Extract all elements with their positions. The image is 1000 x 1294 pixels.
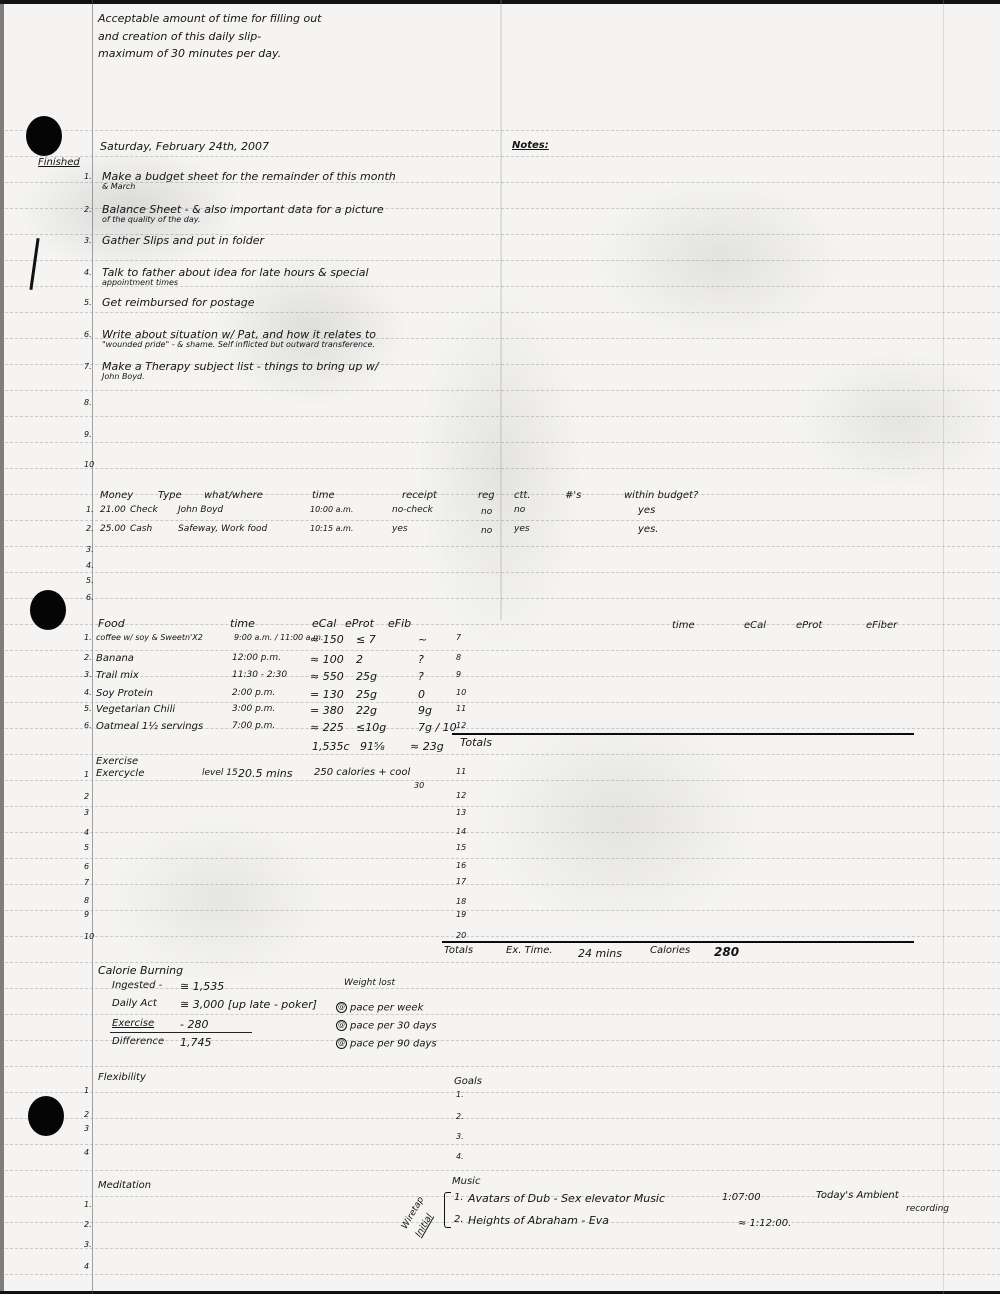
music-track-number: 1.: [454, 1192, 464, 1203]
ruled-line: [0, 1248, 1000, 1249]
money-reg: no: [481, 507, 492, 517]
exercise-row-number: 3: [84, 808, 89, 817]
exercise-row-number-right: 11: [456, 767, 466, 776]
exercise-calories: 250 calories + cool: [314, 767, 410, 778]
ruled-line: [0, 624, 1000, 625]
ruled-line: [0, 962, 1000, 963]
food-item: Oatmeal 1½ servings: [96, 721, 203, 732]
binder-hole-bottom: [28, 1096, 64, 1136]
music-track-number: 2.: [454, 1214, 464, 1225]
weight-lost-text: pace per week: [350, 1003, 423, 1014]
task-number: 10: [84, 460, 94, 469]
food-row-number-right: 11: [456, 704, 466, 713]
task-subtext: & March: [102, 182, 135, 191]
ruled-line: [0, 260, 1000, 261]
meditation-row-number: 3.: [84, 1240, 92, 1249]
ruled-line: [0, 390, 1000, 391]
food-protein: 25g: [356, 670, 377, 683]
ruled-line: [0, 468, 1000, 469]
food-time: 2:00 p.m.: [232, 688, 275, 698]
margin-line: [92, 0, 93, 1294]
money-column-header: receipt: [402, 490, 437, 501]
ruled-line: [0, 1170, 1000, 1171]
ruled-line: [0, 312, 1000, 313]
initial-label: Initial: [414, 1212, 435, 1239]
weight-lost-text: pace per 30 days: [350, 1021, 437, 1032]
ruled-line: [0, 572, 1000, 573]
calorie-row-label: Ingested -: [112, 980, 162, 991]
ruled-line: [0, 1092, 1000, 1093]
food-column-header-right: eCal: [744, 620, 766, 631]
exercise-totals-divider: [442, 941, 914, 943]
food-protein: 22g: [356, 704, 377, 717]
ruled-line: [0, 520, 1000, 521]
flexibility-row-number: 1: [84, 1086, 89, 1095]
scanned-page: Acceptable amount of time for filling ou…: [0, 0, 1000, 1294]
food-time: 11:30 - 2:30: [232, 670, 287, 680]
ruled-line: [0, 858, 1000, 859]
food-total-fiber: ≈ 23g: [410, 740, 444, 753]
music-track-duration: ≈ 1:12:00.: [738, 1218, 791, 1229]
food-row-number: 5.: [84, 704, 92, 713]
food-column-header: eProt: [345, 617, 374, 630]
goals-row-number: 1.: [456, 1090, 464, 1099]
ruled-line: [0, 442, 1000, 443]
task-subtext: appointment times: [102, 278, 178, 287]
food-item: Soy Protein: [96, 688, 153, 699]
food-fiber: 7g / 10: [418, 721, 457, 734]
calorie-sum-line: [110, 1032, 252, 1033]
food-column-header: time: [230, 617, 255, 630]
food-column-header-right: time: [672, 620, 695, 631]
money-column-header: Type: [158, 490, 182, 501]
money-where: Safeway, Work food: [178, 524, 267, 534]
food-calories: = 380: [310, 704, 344, 717]
header-note-line: and creation of this daily slip-: [98, 30, 261, 43]
ruled-line: [0, 1144, 1000, 1145]
flexibility-row-number: 3: [84, 1124, 89, 1133]
exercise-calories-value: 280: [714, 945, 739, 959]
task-text: Make a budget sheet for the remainder of…: [102, 170, 396, 183]
exercise-row-number-right: 18: [456, 897, 466, 906]
money-row-number: 3.: [86, 545, 94, 554]
ruled-line: [0, 494, 1000, 495]
flexibility-label: Flexibility: [98, 1072, 146, 1083]
goals-row-number: 2.: [456, 1112, 464, 1121]
task-subtext: John Boyd.: [102, 372, 145, 381]
goals-row-number: 4.: [456, 1152, 464, 1161]
ruled-line: [0, 754, 1000, 755]
exercise-row-number: 4: [84, 828, 89, 837]
weight-lost-row: @pace per week: [336, 1002, 423, 1014]
exercise-row-number-right: 12: [456, 791, 466, 800]
food-row-number-right: 12: [456, 721, 466, 730]
weight-lost-row: @pace per 90 days: [336, 1038, 437, 1050]
flexibility-row-number: 4: [84, 1148, 89, 1157]
exercise-row-number-right: 13: [456, 808, 466, 817]
ruled-line: [0, 1118, 1000, 1119]
ruled-line: [0, 1014, 1000, 1015]
weight-lost-row: @pace per 30 days: [336, 1020, 437, 1032]
food-calories: = 130: [310, 688, 344, 701]
calorie-row-value: - 280: [180, 1018, 208, 1031]
food-row-number-right: 8: [456, 653, 461, 662]
food-item: Vegetarian Chili: [96, 704, 175, 715]
money-receipt: yes: [392, 524, 408, 534]
food-calories: ≈ 150: [310, 633, 344, 646]
money-column-header: Money: [100, 490, 133, 501]
food-column-header: eCal: [312, 617, 336, 630]
task-number: 7.: [84, 362, 92, 371]
money-row-number: 5.: [86, 576, 94, 585]
music-track-duration: 1:07:00: [722, 1192, 761, 1203]
ruled-line: [0, 780, 1000, 781]
right-margin-line: [943, 0, 944, 1294]
food-column-header-right: eProt: [796, 620, 822, 631]
circled-at-icon: @: [336, 1020, 347, 1031]
task-number: 5.: [84, 298, 92, 307]
calorie-row-label: Daily Act: [112, 998, 157, 1009]
food-fiber: 0: [418, 688, 425, 701]
task-text: Get reimbursed for postage: [102, 296, 255, 309]
music-track-title: Heights of Abraham - Eva: [468, 1214, 609, 1227]
goals-row-number: 3.: [456, 1132, 464, 1141]
exercise-row-number-right: 16: [456, 861, 466, 870]
food-time: 7:00 p.m.: [232, 721, 275, 731]
money-time: 10:00 a.m.: [310, 505, 353, 514]
food-time: 12:00 p.m.: [232, 653, 281, 663]
goals-label: Goals: [454, 1076, 482, 1087]
food-calories: ≈ 550: [310, 670, 344, 683]
food-total-protein: 91⅝: [360, 740, 385, 753]
exercise-row-number: 9: [84, 910, 89, 919]
header-note-line: Acceptable amount of time for filling ou…: [98, 12, 321, 25]
food-protein: 2: [356, 653, 363, 666]
food-time: 3:00 p.m.: [232, 704, 275, 714]
money-row-number: 1.: [86, 505, 94, 514]
food-row-number: 1.: [84, 633, 92, 642]
food-item: Banana: [96, 653, 134, 664]
ruled-line: [0, 702, 1000, 703]
food-total-calories: 1,535c: [312, 740, 350, 753]
music-track-title: Avatars of Dub - Sex elevator Music: [468, 1192, 665, 1205]
money-column-header: reg: [478, 490, 495, 501]
scan-left-edge: [0, 0, 4, 1294]
ruled-line: [0, 130, 1000, 131]
calorie-row-value: 1,745: [180, 1036, 212, 1049]
ruled-line: [0, 910, 1000, 911]
money-column-header: time: [312, 490, 335, 501]
music-brace: [444, 1192, 451, 1228]
money-column-header: #'s: [565, 490, 581, 501]
exercise-row-number: 10: [84, 932, 94, 941]
food-totals-label: Totals: [460, 736, 492, 749]
exercise-row-number-right: 17: [456, 877, 466, 886]
task-subtext: "wounded pride" - & shame. Self inflicte…: [102, 340, 375, 349]
exercise-row-number-right: 19: [456, 910, 466, 919]
ruled-line: [0, 1274, 1000, 1275]
ruled-line: [0, 884, 1000, 885]
money-type: Cash: [130, 524, 152, 534]
food-row-number: 2.: [84, 653, 92, 662]
food-column-header-right: eFiber: [866, 620, 897, 631]
task-number: 1.: [84, 172, 92, 181]
food-protein: ≤ 7: [356, 633, 376, 646]
exercise-row-number: 2: [84, 792, 89, 801]
money-ctt: yes: [514, 524, 530, 534]
exercise-time-value: 24 mins: [578, 947, 622, 960]
pen-mark: [29, 238, 39, 290]
food-item: Trail mix: [96, 670, 139, 681]
exercise-time-label: Ex. Time.: [506, 945, 553, 956]
calorie-burning-label: Calorie Burning: [98, 964, 183, 977]
exercise-extra: 30: [414, 781, 424, 790]
exercise-item: Exercycle: [96, 768, 144, 779]
exercise-row-number-right: 14: [456, 827, 466, 836]
meditation-label: Meditation: [98, 1180, 151, 1191]
money-receipt: no-check: [392, 505, 433, 515]
calorie-row-label: Exercise: [112, 1018, 154, 1029]
task-number: 6.: [84, 330, 92, 339]
task-number: 9.: [84, 430, 92, 439]
binder-hole-top: [26, 116, 62, 156]
food-protein: ≤10g: [356, 721, 386, 734]
exercise-calories-label: Calories: [650, 945, 690, 956]
money-amount: 25.00: [100, 524, 126, 534]
money-within-budget: yes.: [638, 524, 658, 535]
food-fiber: ~: [418, 633, 427, 646]
exercise-row-number: 5: [84, 843, 89, 852]
food-row-number: 3.: [84, 670, 92, 679]
ruled-line: [0, 936, 1000, 937]
music-track-note: recording: [906, 1204, 949, 1214]
flexibility-row-number: 2: [84, 1110, 89, 1119]
exercise-row-number: 8: [84, 896, 89, 905]
ruled-line: [0, 832, 1000, 833]
calorie-row-label: Difference: [112, 1036, 164, 1047]
exercise-duration: 20.5 mins: [238, 767, 292, 780]
meditation-row-number: 1.: [84, 1200, 92, 1209]
ruled-line: [0, 650, 1000, 651]
task-number: 2.: [84, 205, 92, 214]
weight-lost-text: pace per 90 days: [350, 1039, 437, 1050]
exercise-label: Exercise: [96, 756, 138, 767]
notes-label: Notes:: [512, 140, 549, 151]
money-row-number: 4.: [86, 561, 94, 570]
ruled-line: [0, 676, 1000, 677]
fold-crease: [500, 0, 502, 620]
food-column-header: Food: [98, 617, 125, 630]
food-fiber: ?: [418, 653, 424, 666]
food-fiber: 9g: [418, 704, 432, 717]
exercise-row-number-right: 15: [456, 843, 466, 852]
food-calories: ≈ 225: [310, 721, 344, 734]
money-where: John Boyd: [178, 505, 223, 515]
calorie-row-value: ≅ 3,000 [up late - poker]: [180, 998, 317, 1011]
money-within-budget: yes: [638, 505, 655, 516]
food-row-number-right: 9: [456, 670, 461, 679]
money-column-header: ctt.: [514, 490, 531, 501]
food-fiber: ?: [418, 670, 424, 683]
exercise-row-number-right: 20: [456, 931, 466, 940]
money-time: 10:15 a.m.: [310, 524, 353, 533]
exercise-level: level 15: [202, 768, 238, 778]
binder-hole-middle: [30, 590, 66, 630]
weight-lost-label: Weight lost: [344, 978, 395, 988]
music-label: Music: [452, 1176, 480, 1187]
exercise-row-number: 1: [84, 770, 89, 779]
food-protein: 25g: [356, 688, 377, 701]
ruled-line: [0, 598, 1000, 599]
task-number: 3.: [84, 236, 92, 245]
date-heading: Saturday, February 24th, 2007: [100, 140, 269, 153]
task-number: 8.: [84, 398, 92, 407]
ruled-line: [0, 546, 1000, 547]
ruled-line: [0, 806, 1000, 807]
ruled-line: [0, 1066, 1000, 1067]
money-column-header: what/where: [204, 490, 263, 501]
task-text: Gather Slips and put in folder: [102, 234, 264, 247]
food-totals-divider: [452, 733, 914, 735]
meditation-row-number: 2.: [84, 1220, 92, 1229]
circled-at-icon: @: [336, 1038, 347, 1049]
money-ctt: no: [514, 505, 525, 515]
food-row-number: 6.: [84, 721, 92, 730]
finished-label: Finished: [38, 157, 80, 168]
food-item: coffee w/ soy & Sweetn'X2: [96, 633, 203, 642]
food-calories: ≈ 100: [310, 653, 344, 666]
money-amount: 21.00: [100, 505, 126, 515]
exercise-row-number: 7: [84, 878, 89, 887]
exercise-row-number: 6: [84, 862, 89, 871]
task-number: 4.: [84, 268, 92, 277]
food-row-number-right: 7: [456, 633, 461, 642]
meditation-row-number: 4: [84, 1262, 89, 1271]
food-row-number: 4.: [84, 688, 92, 697]
food-row-number-right: 10: [456, 688, 466, 697]
calorie-row-value: ≅ 1,535: [180, 980, 224, 993]
header-note-line: maximum of 30 minutes per day.: [98, 47, 281, 60]
food-column-header: eFib: [388, 617, 411, 630]
task-subtext: of the quality of the day.: [102, 215, 200, 224]
money-row-number: 6.: [86, 593, 94, 602]
money-column-header: within budget?: [624, 490, 698, 501]
money-type: Check: [130, 505, 158, 515]
exercise-totals-label: Totals: [444, 945, 473, 956]
ruled-line: [0, 156, 1000, 157]
ruled-line: [0, 416, 1000, 417]
money-row-number: 2.: [86, 524, 94, 533]
circled-at-icon: @: [336, 1002, 347, 1013]
music-track-note: Today's Ambient: [816, 1190, 899, 1201]
money-reg: no: [481, 526, 492, 536]
